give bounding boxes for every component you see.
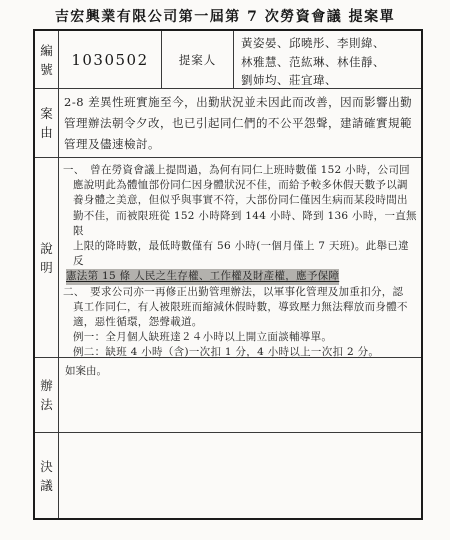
method-label-cell: 辦法 [35, 358, 59, 432]
text-line: 黃姿晏、邱曉彤、李則緯、 [241, 34, 417, 53]
resolution-label: 決議 [39, 457, 54, 495]
scanned-proposal-form: { "page": { "title": "吉宏興業有限公司第一屆第 7 次勞資… [0, 0, 450, 540]
resolution-text [59, 433, 421, 518]
text-line: 2-8 差異性班實施至今，出勤狀況並未因此而改善，因而影響出勤 [64, 92, 417, 113]
text-line: 二、 要求公司亦一再修正出勤管理辦法，以軍事化管理及加重扣分，認 [63, 285, 418, 300]
explanation-text: 一、 曾在勞資會議上提問過，為何有同仁上班時數僅 152 小時，公司回應說明此為… [59, 158, 421, 357]
text-line: 適，惡性循環，怨聲載道。 [63, 315, 418, 330]
case-reason-label-cell: 案由 [35, 89, 59, 157]
explanation-label: 說明 [39, 239, 54, 277]
explanation-row: 說明 一、 曾在勞資會議上提問過，為何有同仁上班時數僅 152 小時，公司回應說… [35, 158, 421, 358]
number-label: 編號 [39, 41, 54, 79]
text-line: 管理及儘速檢討。 [64, 134, 417, 155]
text-line: 例二：缺班 4 小時（含)一次扣 1 分，4 小時以上一次扣 2 分。 [63, 345, 418, 357]
text-line: 真工作同仁，有人被限班而縮減休假時數，導致壓力無法釋放而身體不 [63, 300, 418, 315]
proposer-names: 黃姿晏、邱曉彤、李則緯、林雅慧、范紘琳、林佳靜、劉姉均、莊宜瑋、 [234, 31, 421, 88]
text-line: 上限的降時數，最低時數僅有 56 小時(一個月僅上 7 天班)。此舉已違反 [63, 239, 418, 269]
text-line: 林雅慧、范紘琳、林佳靜、 [241, 53, 417, 72]
case-reason-row: 案由 2-8 差異性班實施至今，出勤狀況並未因此而改善，因而影響出勤管理辦法朝令… [35, 89, 421, 158]
case-reason-text: 2-8 差異性班實施至今，出勤狀況並未因此而改善，因而影響出勤管理辦法朝令夕改，… [59, 89, 421, 157]
proposal-number-value: 1030502 [59, 31, 162, 88]
text-line: 養身體之美意，但似乎與事實不符，大部份同仁僅因生病而某段時間出 [63, 193, 418, 208]
method-label: 辦法 [39, 376, 54, 414]
number-label-cell: 編號 [35, 31, 59, 88]
resolution-label-cell: 決議 [35, 433, 59, 518]
explanation-label-cell: 說明 [35, 158, 59, 357]
text-line: 勤不佳，而被限班從 152 小時降到 144 小時、降到 136 小時，一直無限 [63, 209, 418, 239]
text-line: 憲法第 15 條 人民之生存權、工作權及財產權，應予保障 [66, 269, 339, 284]
method-text: 如案由。 [59, 358, 421, 432]
proposal-form-table: 編號 1030502 提案人 黃姿晏、邱曉彤、李則緯、林雅慧、范紘琳、林佳靜、劉… [33, 29, 423, 520]
text-line: 劉姉均、莊宜瑋、 [241, 71, 417, 90]
method-row: 辦法 如案由。 [35, 358, 421, 433]
text-line: 應說明此為體恤部份同仁因身體狀況不佳，而給予較多休假天數予以調 [63, 178, 418, 193]
proposer-label: 提案人 [162, 31, 234, 88]
resolution-row: 決議 [35, 433, 421, 518]
text-line: 一、 曾在勞資會議上提問過，為何有同仁上班時數僅 152 小時，公司回 [63, 163, 418, 178]
header-row: 編號 1030502 提案人 黃姿晏、邱曉彤、李則緯、林雅慧、范紘琳、林佳靜、劉… [35, 31, 421, 89]
case-reason-label: 案由 [39, 104, 54, 142]
text-line: 例一：全月個人缺班達２４小時以上開立面談輔導單。 [63, 330, 418, 345]
page-title: 吉宏興業有限公司第一屆第 7 次勞資會議 提案單 [0, 6, 450, 26]
text-line: 管理辦法朝令夕改，也已引起同仁們的不公平怨聲，建請確實規範 [64, 113, 417, 134]
